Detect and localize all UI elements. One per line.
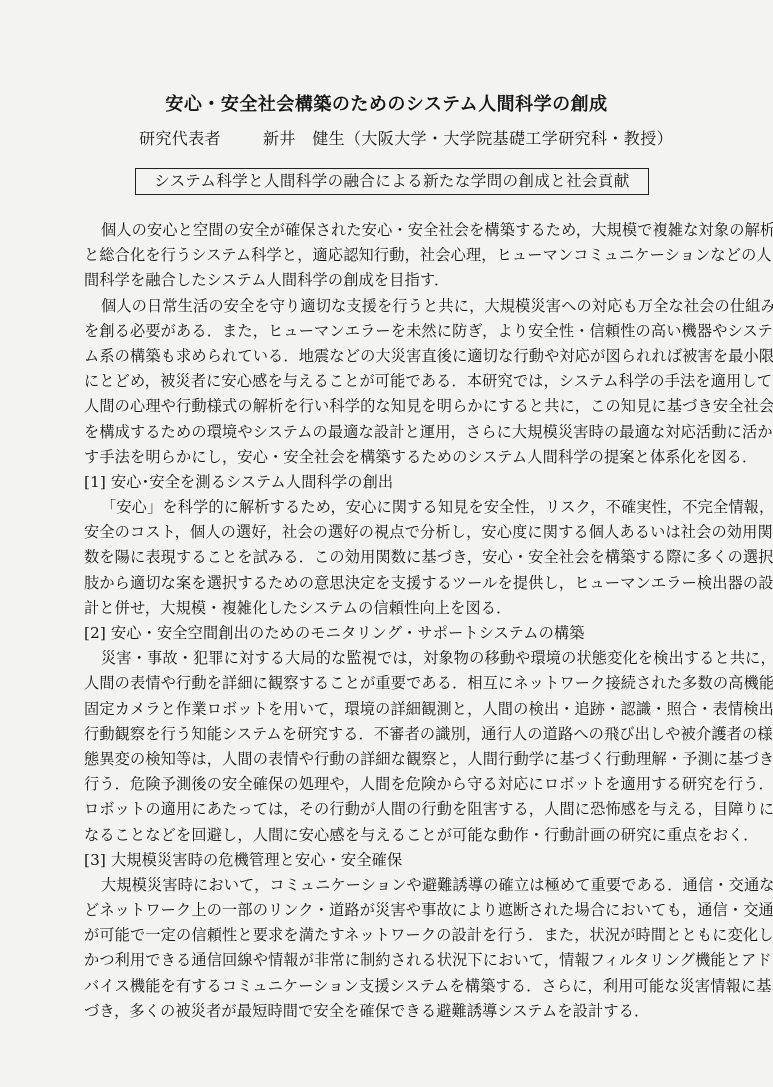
body-text-line: なることなどを回避し，人間に安心感を与えることが可能な動作・行動計画の研究に重点… <box>84 823 710 848</box>
author-role: 研究代表者 <box>139 126 263 149</box>
section-heading: [2] 安心・安全空間創出のためのモニタリング・サポートシステムの構築 <box>84 621 710 646</box>
body-text-line: 安全のコスト，個人の選好，社会の選好の視点で分析し，安心度に関する個人あるいは社… <box>84 520 710 545</box>
body-text-line: 行う．危険予測後の安全確保の処理や，人間を危険から守る対応にロボットを適用する研… <box>84 772 710 797</box>
body-text-line: 間科学を融合したシステム人間科学の創成を目指す． <box>84 268 710 293</box>
body-text-line: にとどめ，被災者に安心感を与えることが可能である．本研究では，システム科学の手法… <box>84 369 710 394</box>
body-text-line: かつ利用できる通信回線や情報が非常に制約される状況下において，情報フィルタリング… <box>84 948 710 973</box>
document-page: 安心・安全社会構築のためのシステム人間科学の創成 研究代表者新井 健生（大阪大学… <box>0 0 773 1087</box>
author-line: 研究代表者新井 健生（大阪大学・大学院基礎工学研究科・教授） <box>139 126 673 149</box>
body-text-line: 行動観察を行う知能システムを研究する．不審者の識別，通行人の道路への飛び出しや被… <box>84 722 710 747</box>
body-text-line: 数を陽に表現することを試みる．この効用関数に基づき，安心・安全社会を構築する際に… <box>84 545 710 570</box>
body-text-line: と総合化を行うシステム科学と，適応認知行動，社会心理，ヒューマンコミュニケーショ… <box>84 243 710 268</box>
body-text-line: ム系の構築も求められている．地震などの大災害直後に適切な行動や対応が図られれば被… <box>84 344 710 369</box>
body-text-line: 固定カメラと作業ロボットを用いて，環境の詳細観測と，人間の検出・追跡・認識・照合… <box>84 697 710 722</box>
subtitle-box: システム科学と人間科学の融合による新たな学問の創成と社会貢献 <box>135 168 649 195</box>
document-body: 個人の安心と空間の安全が確保された安心・安全社会を構築するため，大規模で複雑な対… <box>84 218 710 1024</box>
body-text-line: 個人の安心と空間の安全が確保された安心・安全社会を構築するため，大規模で複雑な対… <box>84 218 710 243</box>
body-text-line: が可能で一定の信頼性と要求を満たすネットワークの設計を行う．また，状況が時間とと… <box>84 923 710 948</box>
author-name-affiliation: 新井 健生（大阪大学・大学院基礎工学研究科・教授） <box>263 129 673 148</box>
body-text-line: 人間の心理や行動様式の解析を行い科学的な知見を明らかにすると共に，この知見に基づ… <box>84 394 710 419</box>
body-text-line: 個人の日常生活の安全を守り適切な支援を行うと共に，大規模災害への対応も万全な社会… <box>84 294 710 319</box>
body-text-line: 大規模災害時において，コミュニケーションや避難誘導の確立は極めて重要である．通信… <box>84 873 710 898</box>
body-text-line: 「安心」を科学的に解析するため，安心に関する知見を安全性，リスク，不確実性，不完… <box>84 495 710 520</box>
document-title: 安心・安全社会構築のためのシステム人間科学の創成 <box>0 90 773 116</box>
section-heading: [3] 大規模災害時の危機管理と安心・安全確保 <box>84 848 710 873</box>
body-text-line: 人間の表情や行動を詳細に観察することが重要である．相互にネットワーク接続された多… <box>84 671 710 696</box>
body-text-line: 災害・事故・犯罪に対する大局的な監視では，対象物の移動や環境の状態変化を検出する… <box>84 646 710 671</box>
body-text-line: を創る必要がある．また，ヒューマンエラーを未然に防ぎ，より安全性・信頼性の高い機… <box>84 319 710 344</box>
body-text-line: どネットワーク上の一部のリンク・道路が災害や事故により遮断された場合においても，… <box>84 898 710 923</box>
body-text-line: 肢から適切な案を選択するための意思決定を支援するツールを提供し，ヒューマンエラー… <box>84 571 710 596</box>
body-text-line: づき，多くの被災者が最短時間で安全を確保できる避難誘導システムを設計する． <box>84 999 710 1024</box>
body-text-line: 態異変の検知等は，人間の表情や行動の詳細な観察と，人間行動学に基づく行動理解・予… <box>84 747 710 772</box>
body-text-line: 計と併せ，大規模・複雑化したシステムの信頼性向上を図る． <box>84 596 710 621</box>
section-heading: [1] 安心･安全を測るシステム人間科学の創出 <box>84 470 710 495</box>
body-text-line: ロボットの適用にあたっては，その行動が人間の行動を阻害する，人間に恐怖感を与える… <box>84 797 710 822</box>
body-text-line: を構成するための環境やシステムの最適な設計と運用，さらに大規模災害時の最適な対応… <box>84 420 710 445</box>
body-text-line: バイス機能を有するコミュニケーション支援システムを構築する．さらに，利用可能な災… <box>84 974 710 999</box>
body-text-line: す手法を明らかにし，安心・安全社会を構築するためのシステム人間科学の提案と体系化… <box>84 445 710 470</box>
